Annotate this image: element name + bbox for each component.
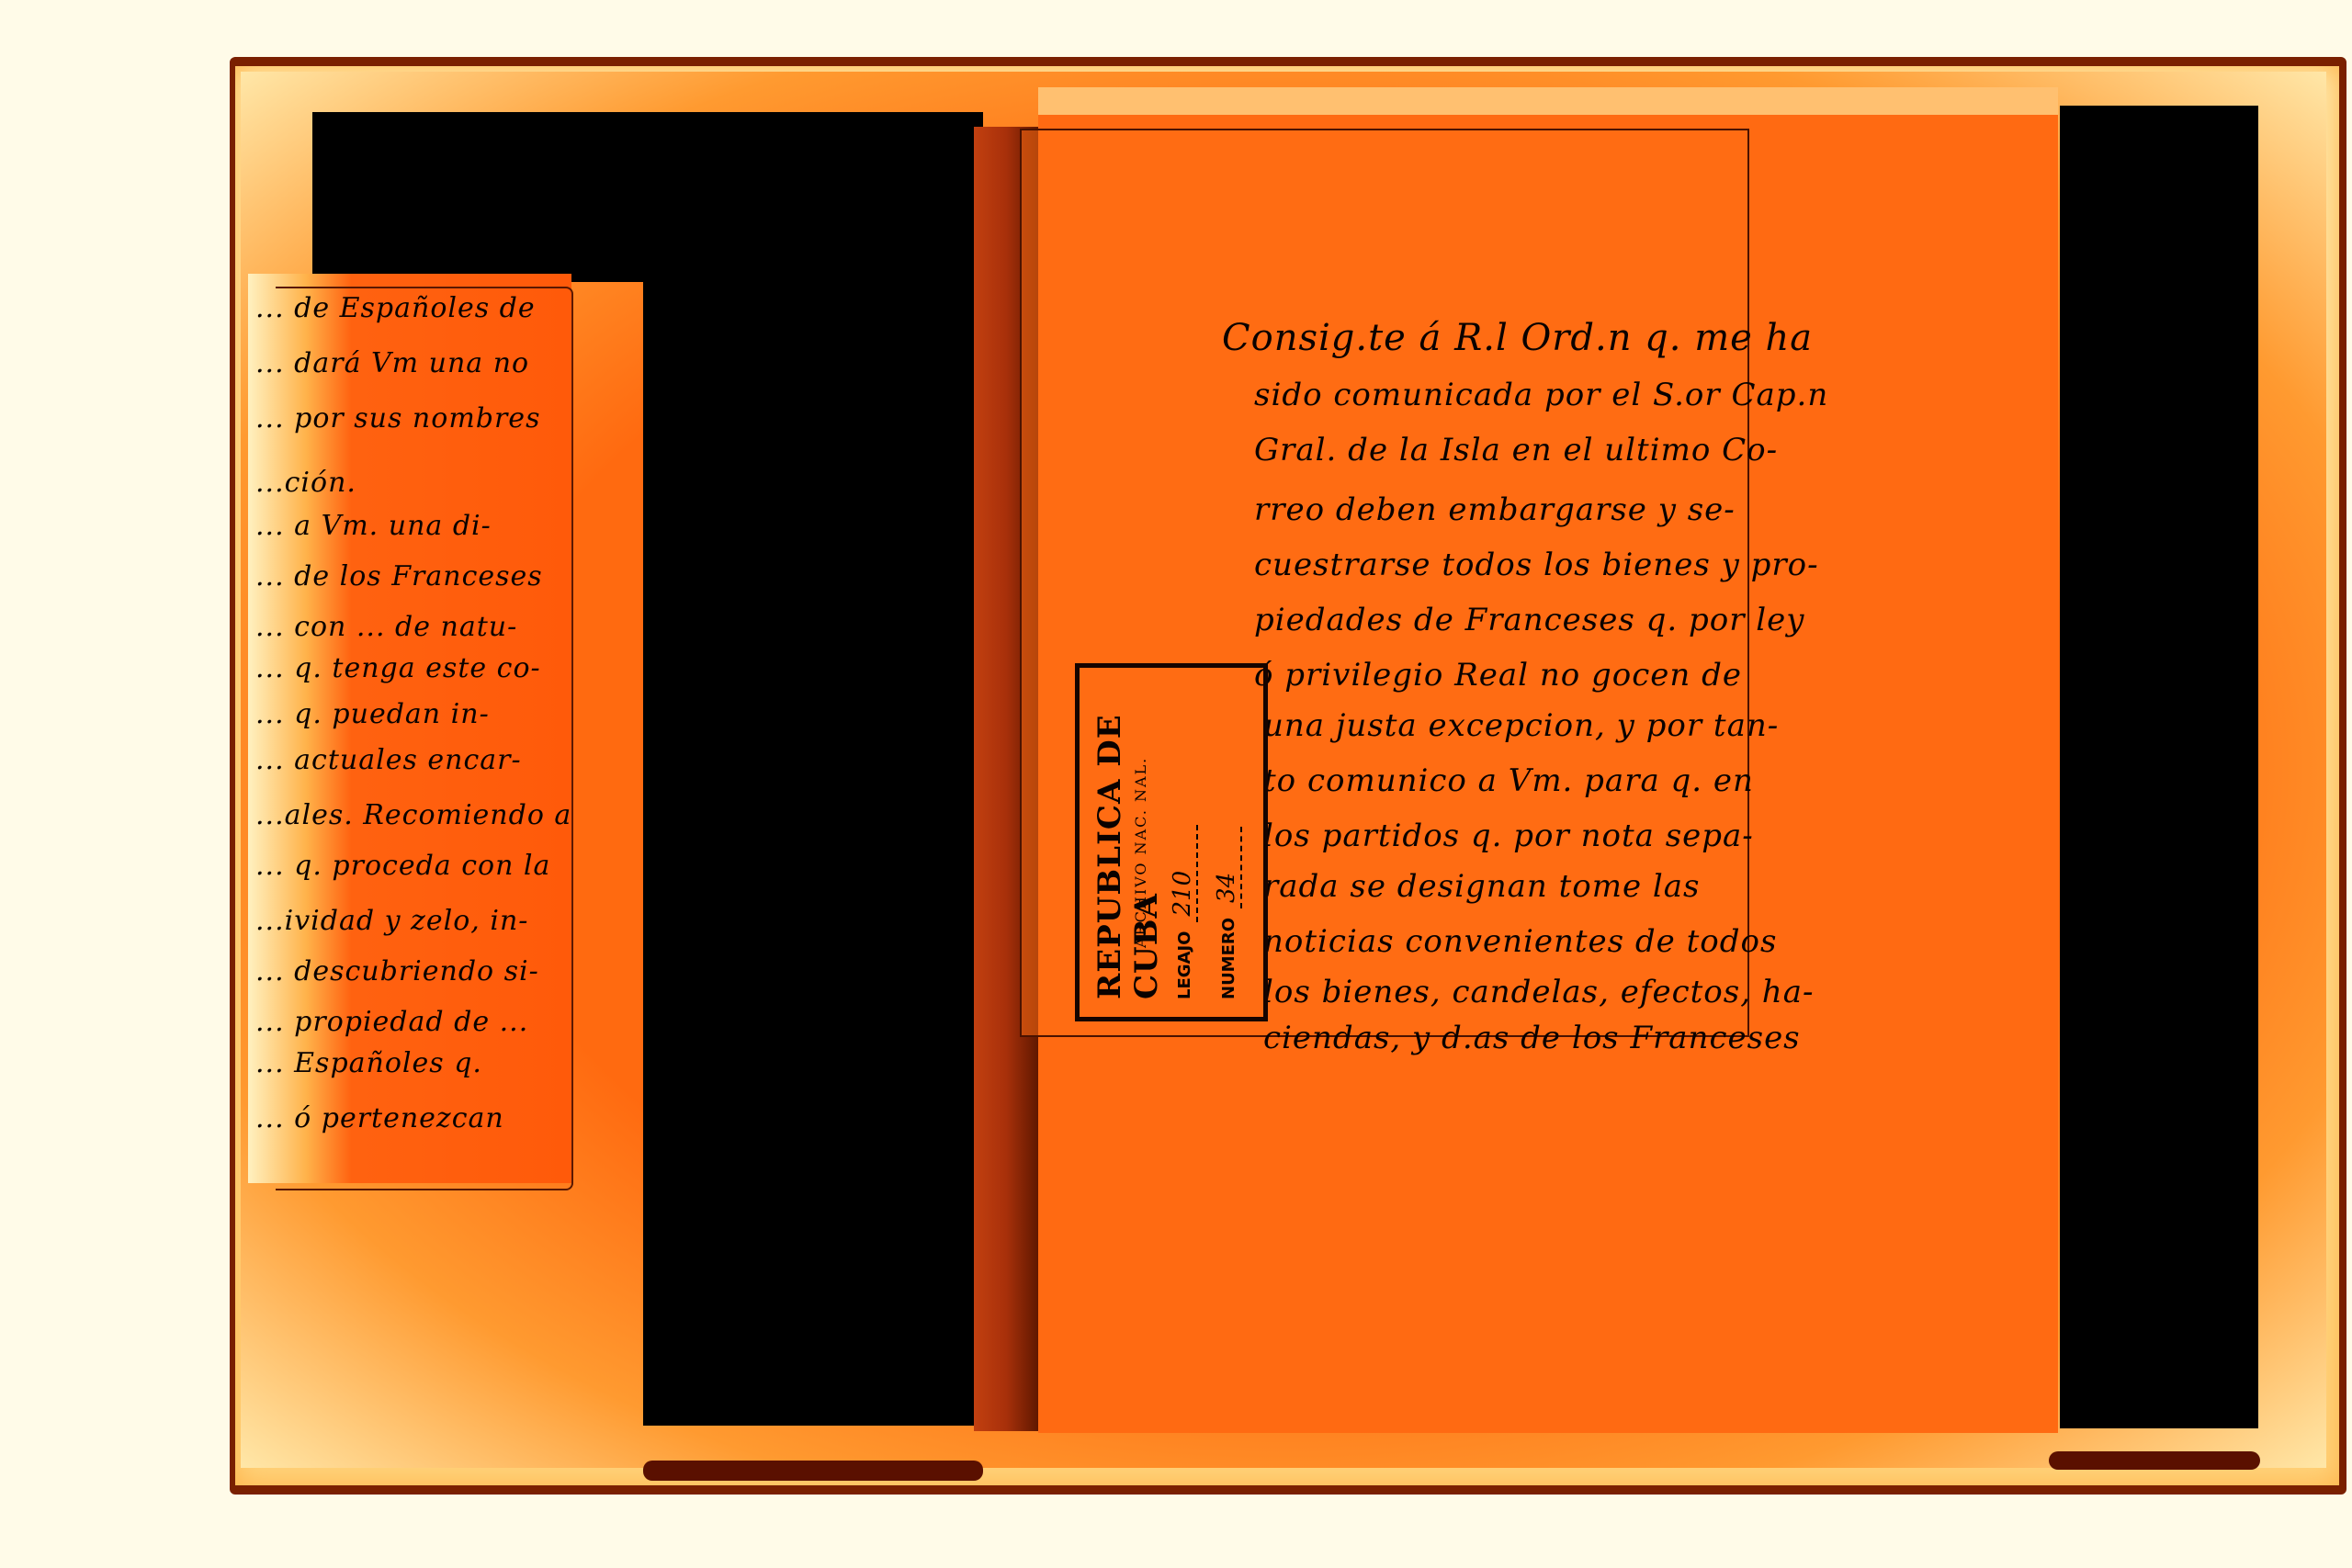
left-line: ... de los Franceses <box>255 560 543 592</box>
legajo-label: LEGAJO <box>1175 931 1194 999</box>
numero-value: 34 <box>1213 827 1242 908</box>
left-line: ... con ... de natu- <box>255 611 517 643</box>
right-line: los bienes, candelas, efectos, ha- <box>1263 974 1814 1010</box>
left-line: ... q. puedan in- <box>255 698 490 730</box>
right-line: to comunico a Vm. para q. en <box>1263 762 1754 799</box>
right-line: cuestrarse todos los bienes y pro- <box>1254 547 1819 583</box>
right-line: rreo deben embargarse y se- <box>1254 491 1736 528</box>
left-line: ... por sus nombres <box>255 402 540 434</box>
right-line: noticias convenientes de todos <box>1263 923 1777 960</box>
right-line: Gral. de la Isla en el ultimo Co- <box>1254 432 1778 468</box>
left-line: ... propiedad de ... <box>255 1006 528 1038</box>
left-line: ... descubriendo si- <box>255 955 539 987</box>
left-line: ...ales. Recomiendo a <box>255 799 571 831</box>
mask-right <box>2060 106 2258 1428</box>
stamp-subtitle: ARCHIVO NAC. NAL. <box>1132 757 1149 948</box>
right-line: Consig.te á R.l Ord.n q. me ha <box>1222 317 1813 359</box>
left-line: ... q. proceda con la <box>255 850 550 882</box>
archive-stamp: REPUBLICA DE CUBA ARCHIVO NAC. NAL. LEGA… <box>1075 663 1268 1021</box>
left-line: ...ividad y zelo, in- <box>255 905 528 937</box>
right-line: ó privilegio Real no gocen de <box>1254 657 1742 694</box>
left-line: ... q. tenga este co- <box>255 652 541 684</box>
stamp-legajo: LEGAJO210 <box>1169 825 1196 999</box>
right-line: piedades de Franceses q. por ley <box>1254 602 1805 638</box>
bottom-shadow-edge <box>643 1461 983 1481</box>
right-line: rada se designan tome las <box>1263 868 1700 905</box>
bottom-shadow-edge-right <box>2049 1451 2260 1470</box>
right-line: sido comunicada por el S.or Cap.n <box>1254 377 1828 413</box>
left-line: ... actuales encar- <box>255 744 522 776</box>
stamp-title: REPUBLICA DE CUBA <box>1091 672 1165 999</box>
numero-label: NUMERO <box>1219 918 1238 999</box>
left-line: ...ción. <box>255 467 356 499</box>
right-page-top-edge <box>1038 87 2058 115</box>
left-line: ... Españoles q. <box>255 1047 482 1079</box>
left-line: ... de Españoles de <box>255 292 536 324</box>
legajo-value: 210 <box>1169 825 1198 922</box>
left-line: ... ó pertenezcan <box>255 1102 504 1134</box>
left-line: ... dará Vm una no <box>255 347 529 379</box>
stamp-numero: NUMERO34 <box>1213 827 1240 999</box>
mask-center <box>643 112 978 1426</box>
right-line: una justa excepcion, y por tan- <box>1263 707 1779 744</box>
right-line: los partidos q. por nota sepa- <box>1263 818 1754 854</box>
left-line: ... a Vm. una di- <box>255 510 492 542</box>
right-line: ciendas, y d.as de los Franceses <box>1263 1020 1801 1056</box>
